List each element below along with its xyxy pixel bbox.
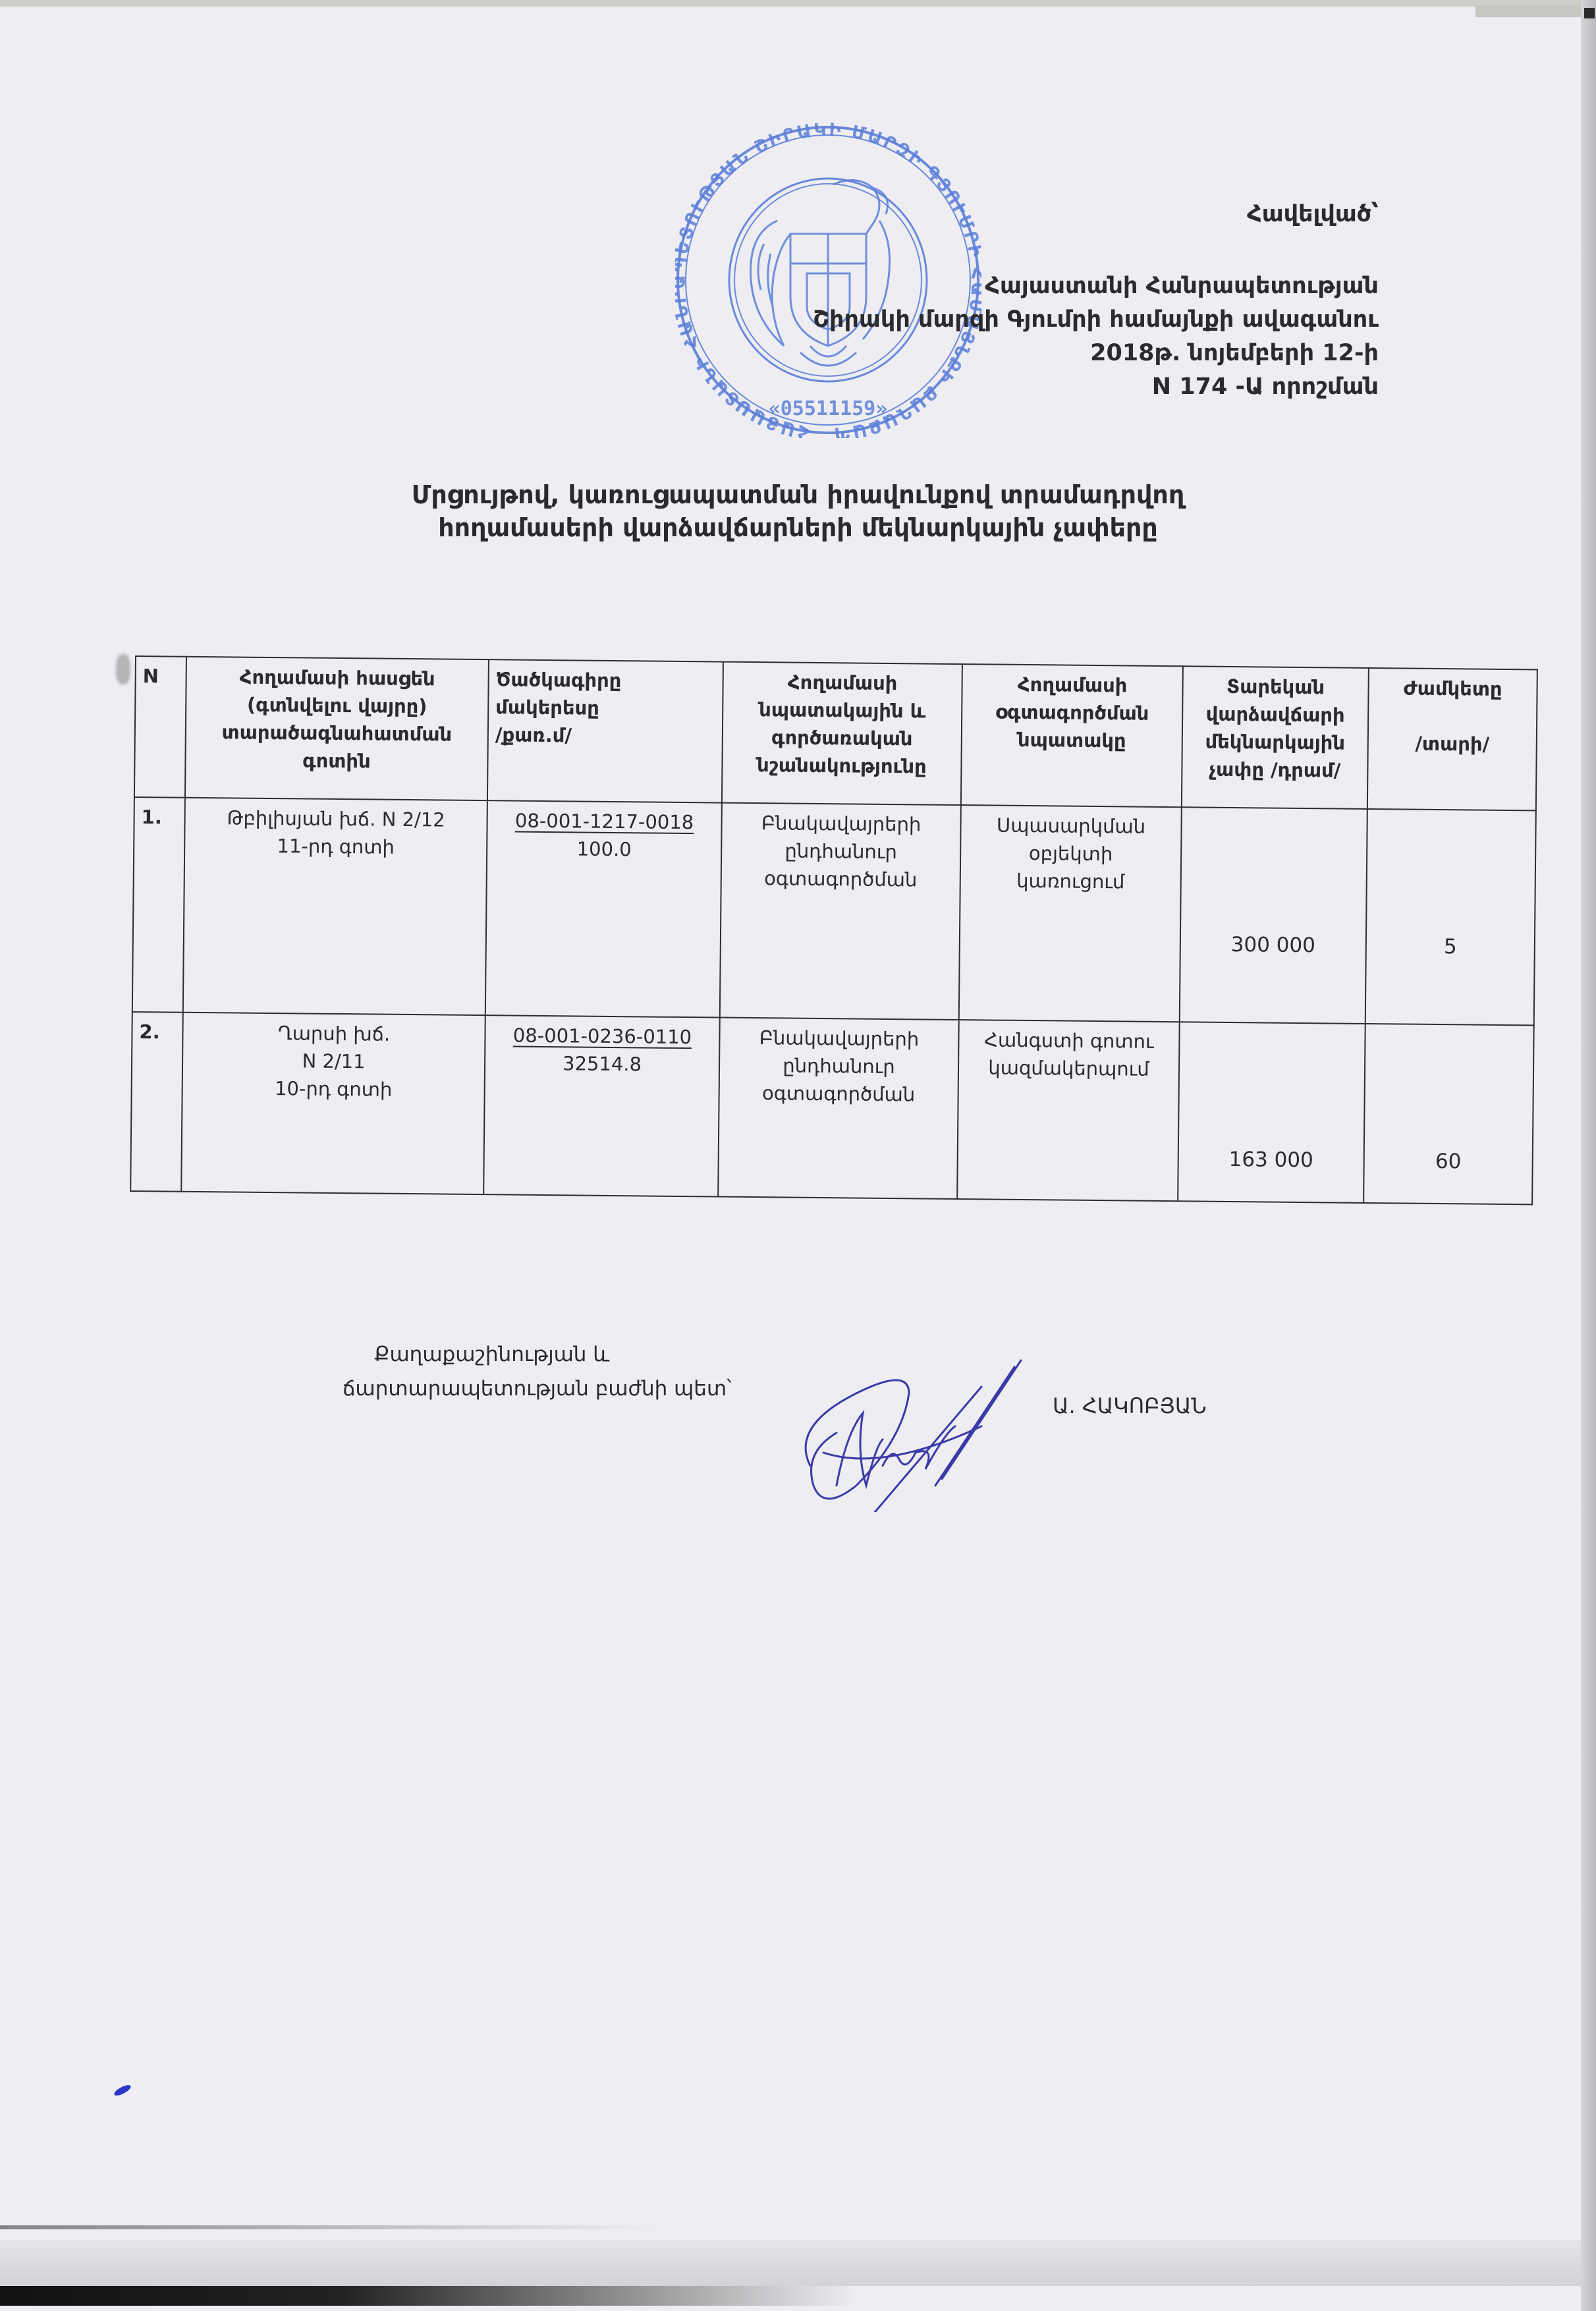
scan-edge-top-right <box>1475 5 1596 17</box>
row-designation: Բնակավայրերի ընդհանուր օգտագործման <box>720 803 961 1020</box>
approval-header: Հավելված՝ Հայաստանի Հանրապետության Շիրակ… <box>813 198 1379 404</box>
header-code-area: Ծածկագիրը մակերեսը /քառ.մ/ <box>487 659 723 802</box>
approval-line-4: N 174 -Ա որոշման <box>813 370 1379 404</box>
row-number: 1. <box>132 797 185 1013</box>
table-row: 1. Թբիլիսյան խճ. N 2/12 11-րդ գոտի 08-00… <box>132 797 1536 1025</box>
row-code-area: 08-001-1217-0018 100.0 <box>485 800 722 1017</box>
handwritten-signature-icon <box>784 1354 1080 1512</box>
signatory-position: Քաղաքաշինության և ճարտարապետության բաժնի… <box>343 1337 732 1406</box>
position-line-2: ճարտարապետության բաժնի պետ՝ <box>343 1372 732 1406</box>
row-address: Ղարսի խճ. N 2/11 10-րդ գոտի <box>181 1013 485 1194</box>
approval-line-2: Շիրակի մարզի Գյումրի համայնքի ավագանու <box>813 303 1379 337</box>
row-code-area: 08-001-0236-0110 32514.8 <box>483 1015 720 1196</box>
row-term: 60 <box>1363 1024 1534 1204</box>
approval-line-3: 2018թ. նոյեմբերի 12-ի <box>813 337 1379 370</box>
row-annual-rent: 300 000 <box>1180 807 1367 1024</box>
row-designation: Բնակավայրերի ընդհանուր օգտագործման <box>718 1018 959 1199</box>
header-purpose: Հողամասի օգտագործման նպատակը <box>961 664 1183 807</box>
header-number: N <box>134 656 186 798</box>
approved-label: Հավելված՝ <box>813 198 1379 231</box>
title-line-1: Մրցույթով, կառուցապատման իրավունքով տրամ… <box>0 478 1596 511</box>
scan-corner-mark <box>1584 8 1595 18</box>
row-address: Թբիլիսյան խճ. N 2/12 11-րդ գոտի <box>183 798 487 1015</box>
header-annual-rent: Տարեկան վարձավճարի մեկնարկային չափը /դրա… <box>1182 666 1369 809</box>
row-term: 5 <box>1365 809 1536 1025</box>
land-plots-table: N Հողամասի հասցեն (գտնվելու վայրը) տարած… <box>130 655 1538 1205</box>
scan-artifact-smear <box>0 2286 856 2306</box>
scan-artifact-line <box>0 2225 659 2229</box>
plot-area: 100.0 <box>494 834 714 864</box>
document-title: Մրցույթով, կառուցապատման իրավունքով տրամ… <box>0 478 1596 544</box>
scan-edge-top <box>0 0 1596 7</box>
header-term: Ժամկետը /տարի/ <box>1367 668 1537 810</box>
row-purpose: Սպասարկման օբյեկտի կառուցում <box>959 805 1182 1022</box>
row-number: 2. <box>130 1012 183 1192</box>
title-line-2: հողամասերի վարձավճարների մեկնարկային չափ… <box>0 511 1596 544</box>
header-address: Հողամասի հասցեն (գտնվելու վայրը) տարածագ… <box>185 657 489 800</box>
header-designation: Հողամասի նպատակային և գործառական նշանակո… <box>722 662 962 805</box>
smudge-mark <box>116 654 130 684</box>
cadastral-code: 08-001-1217-0018 <box>494 806 714 836</box>
plot-area: 32514.8 <box>492 1049 712 1078</box>
row-annual-rent: 163 000 <box>1178 1022 1365 1203</box>
scan-edge-right <box>1581 0 1596 2311</box>
scan-artifact-haze <box>0 2240 1581 2286</box>
table-row: 2. Ղարսի խճ. N 2/11 10-րդ գոտի 08-001-02… <box>130 1012 1534 1204</box>
approval-line-1: Հայաստանի Հանրապետության <box>813 269 1379 303</box>
cadastral-code: 08-001-0236-0110 <box>492 1021 712 1051</box>
row-purpose: Հանգստի գոտու կազմակերպում <box>957 1020 1180 1201</box>
position-line-1: Քաղաքաշինության և <box>343 1337 732 1372</box>
signatory-name: Ա. ՀԱԿՈԲՅԱՆ <box>1053 1393 1207 1418</box>
table-header-row: N Հողամասի հասցեն (գտնվելու վայրը) տարած… <box>134 656 1537 810</box>
